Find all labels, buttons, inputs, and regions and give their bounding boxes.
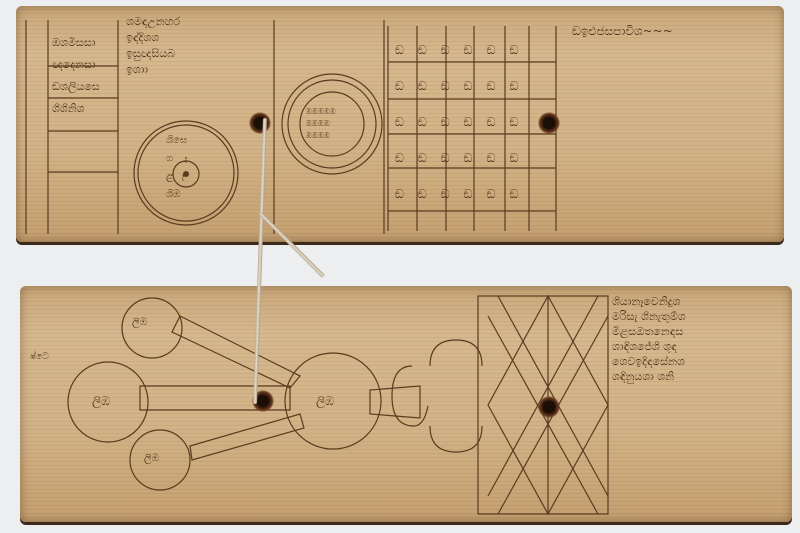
- margin-glyph: ෂ්ටෙ: [30, 346, 49, 368]
- scalloped-circle-script: ඹඹඹඹඹ ඹඹඹඹ ඹඹඹඹ: [306, 106, 336, 142]
- diagram-glyph: ලිඹ: [132, 312, 147, 334]
- text-block-script: ශමඳඋනහර ඉඳ්දිශශ ඉසුඥසියබ ඉශාා: [126, 14, 180, 78]
- binding-hole: [538, 112, 560, 134]
- diagram-glyph: ලිඹ: [92, 390, 110, 412]
- binding-hole: [538, 396, 560, 418]
- circle-script: ශිඝෙ ග ෑ ළ ෑ ශිඹ: [166, 132, 187, 204]
- diagram-glyph: ලිඹ: [316, 390, 334, 412]
- character-grid: ඞඞඞඞඞඞ ඞඞඞඞඞඞ ඞඞඞඞඞඞ ඞඞඞඞඞඞ ඞඞඞඞඞඞ: [395, 32, 532, 212]
- top-palm-leaf: ඹශමිසසා ඥදෙනසා ඞශලියසෙ ශිශිනිශ ශමඳඋනහර ඉ…: [16, 6, 784, 242]
- right-script-block: ශියානෑවෙනිදුශ මරිසැ ශිනැතුම්ශ මිළසඔතනෙඳස…: [612, 294, 686, 384]
- table-script: ඹශමිසසා ඥදෙනසා ඞශලියසෙ ශිශිනිශ: [52, 32, 100, 120]
- top-right-script: ඞඉළුජසපාවිශ~~~: [572, 20, 673, 42]
- bottom-palm-leaf: ලිඹ ලිඹ ලිඹ ලිඹ ෂ්ටෙ ශියානෑවෙනිදුශ මරිසැ…: [20, 286, 792, 522]
- diagram-glyph: ලිඹ: [144, 448, 159, 470]
- binding-hole: [249, 112, 271, 134]
